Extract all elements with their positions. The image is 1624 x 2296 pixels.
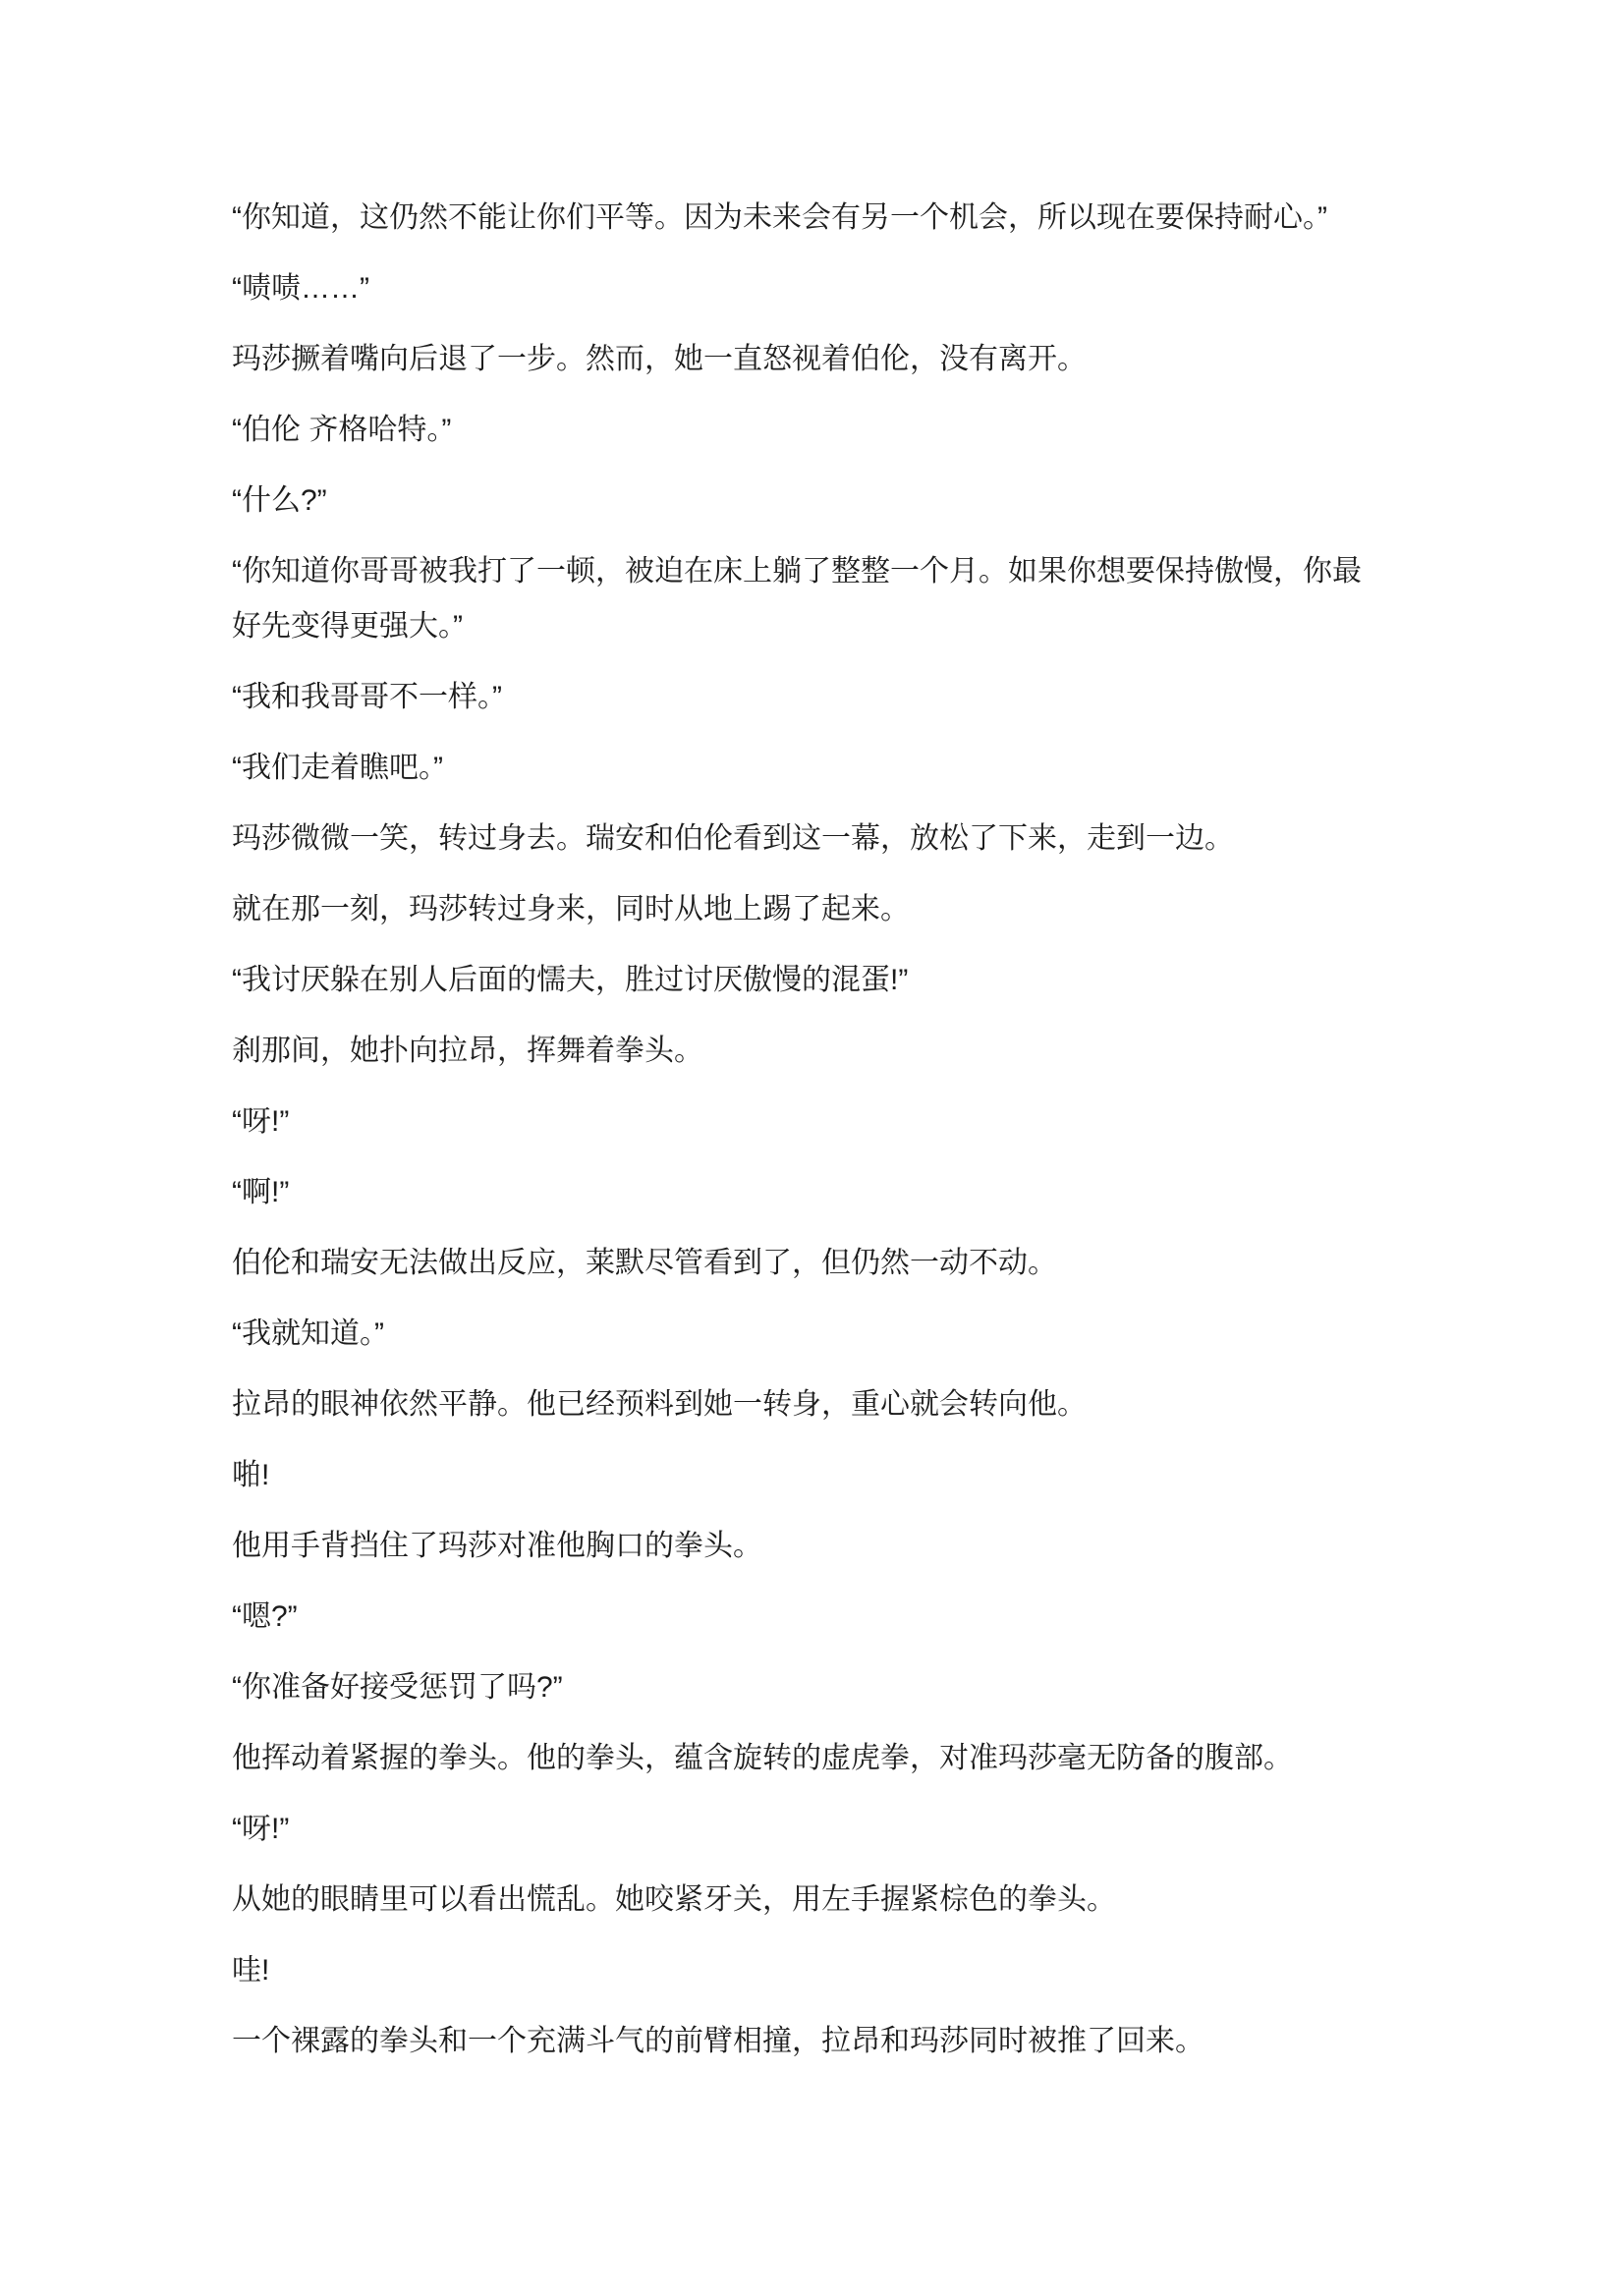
- paragraph: “什么?”: [232, 474, 1373, 529]
- paragraph: “我们走着瞧吧。”: [232, 741, 1373, 796]
- document-page: { "page": { "background": "#ffffff", "te…: [0, 0, 1624, 2296]
- paragraph: 哇!: [232, 1943, 1373, 1998]
- paragraph: 刹那间，她扑向拉昂，挥舞着拳头。: [232, 1024, 1373, 1079]
- paragraph: 一个裸露的拳头和一个充满斗气的前臂相撞，拉昂和玛莎同时被推了回来。: [232, 2014, 1373, 2069]
- paragraph: “你知道你哥哥被我打了一顿，被迫在床上躺了整整一个月。如果你想要保持傲慢，你最好…: [232, 544, 1373, 654]
- paragraph: “伯伦 齐格哈特。”: [232, 403, 1373, 458]
- paragraph: 他挥动着紧握的拳头。他的拳头，蕴含旋转的虚虎拳，对准玛莎毫无防备的腹部。: [232, 1731, 1373, 1786]
- paragraph: “我和我哥哥不一样。”: [232, 670, 1373, 725]
- paragraph: 就在那一刻，玛莎转过身来，同时从地上踢了起来。: [232, 882, 1373, 937]
- paragraph: 玛莎微微一笑，转过身去。瑞安和伯伦看到这一幕，放松了下来，走到一边。: [232, 812, 1373, 867]
- paragraph: 啪!: [232, 1448, 1373, 1503]
- paragraph: 伯伦和瑞安无法做出反应，莱默尽管看到了，但仍然一动不动。: [232, 1236, 1373, 1291]
- paragraph: 拉昂的眼神依然平静。他已经预料到她一转身，重心就会转向他。: [232, 1377, 1373, 1432]
- paragraph: “啧啧……”: [232, 261, 1373, 316]
- paragraph: “你准备好接受惩罚了吗?”: [232, 1660, 1373, 1715]
- paragraph: “嗯?”: [232, 1590, 1373, 1645]
- paragraph: 他用手背挡住了玛莎对准他胸口的拳头。: [232, 1519, 1373, 1574]
- paragraph: “呀!”: [232, 1094, 1373, 1149]
- paragraph: “我就知道。”: [232, 1307, 1373, 1362]
- paragraph: “啊!”: [232, 1165, 1373, 1220]
- paragraph: 玛莎撅着嘴向后退了一步。然而，她一直怒视着伯伦，没有离开。: [232, 332, 1373, 387]
- page: “你知道，这仍然不能让你们平等。因为未来会有另一个机会，所以现在要保持耐心。” …: [0, 0, 1624, 2296]
- paragraph: “我讨厌躲在别人后面的懦夫，胜过讨厌傲慢的混蛋!”: [232, 953, 1373, 1008]
- paragraph: “呀!”: [232, 1802, 1373, 1857]
- paragraph: “你知道，这仍然不能让你们平等。因为未来会有另一个机会，所以现在要保持耐心。”: [232, 191, 1373, 246]
- paragraph: 从她的眼睛里可以看出慌乱。她咬紧牙关，用左手握紧棕色的拳头。: [232, 1873, 1373, 1928]
